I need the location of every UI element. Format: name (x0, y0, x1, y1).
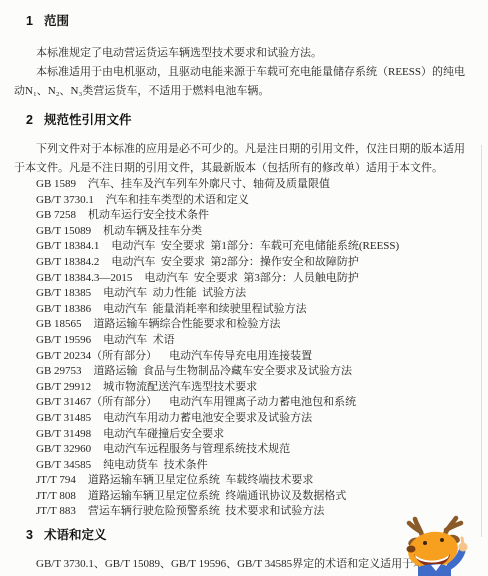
reference-item: GB/T 20234（所有部分）电动汽车传导充电用连接装置 (36, 349, 474, 365)
reference-item: GB/T 31485电动汽车用动力蓄电池安全要求及试验方法 (36, 411, 474, 427)
reference-item: GB/T 18384.2电动汽车 安全要求 第2部分：操作安全和故障防护 (36, 255, 474, 271)
reference-code: GB/T 29912 (36, 381, 91, 393)
reference-item: GB 7258机动车运行安全技术条件 (36, 208, 474, 224)
reference-title: 电动汽车传导充电用连接装置 (169, 350, 312, 362)
section-1-number: 1 (26, 14, 33, 28)
reference-title: 电动汽车 安全要求 第3部分：人员触电防护 (144, 272, 359, 284)
reference-code: GB 29753 (36, 365, 82, 377)
reference-title: 电动汽车 安全要求 第2部分：操作安全和故障防护 (111, 256, 359, 268)
deer-mascot-icon (390, 514, 482, 576)
reference-item: GB/T 32960电动汽车远程服务与管理系统技术规范 (36, 442, 474, 458)
reference-title: 电动汽车远程服务与管理系统技术规范 (103, 443, 290, 455)
references-list: GB 1589汽车、挂车及汽车列车外廓尺寸、轴荷及质量限值 GB/T 3730.… (36, 177, 474, 520)
reference-item: GB/T 31498电动汽车碰撞后安全要求 (36, 427, 474, 443)
reference-title: 电动汽车用动力蓄电池安全要求及试验方法 (103, 412, 312, 424)
reference-code: GB/T 18384.3—2015 (36, 272, 132, 284)
reference-item: JT/T 794道路运输车辆卫星定位系统 车载终端技术要求 (36, 473, 474, 489)
reference-code: GB/T 18386 (36, 303, 91, 315)
reference-code: GB 18565 (36, 318, 82, 330)
reference-item: GB/T 18385电动汽车 动力性能 试验方法 (36, 286, 474, 302)
reference-item: GB/T 34585纯电动货车 技术条件 (36, 458, 474, 474)
reference-code: GB 7258 (36, 209, 76, 221)
reference-code: GB/T 18384.2 (36, 256, 99, 268)
section-1-title: 范围 (44, 14, 69, 28)
reference-title: 纯电动货车 技术条件 (103, 459, 208, 471)
reference-code: JT/T 794 (36, 474, 76, 486)
section-3-number: 3 (26, 528, 33, 542)
reference-code: GB/T 31498 (36, 428, 91, 440)
reference-title: 道路运输车辆综合性能要求和检验方法 (94, 318, 281, 330)
reference-item: GB/T 18386电动汽车 能量消耗率和续驶里程试验方法 (36, 302, 474, 318)
reference-item: GB/T 3730.1汽车和挂车类型的术语和定义 (36, 193, 474, 209)
reference-title: 电动汽车 能量消耗率和续驶里程试验方法 (103, 303, 307, 315)
section-2-heading: 2 规范性引用文件 (26, 113, 474, 127)
reference-title: 道路运输车辆卫星定位系统 终端通讯协议及数据格式 (88, 490, 347, 502)
reference-title: 电动汽车用锂离子动力蓄电池包和系统 (169, 396, 356, 408)
reference-code: GB/T 34585 (36, 459, 91, 471)
reference-item: JT/T 808道路运输车辆卫星定位系统 终端通讯协议及数据格式 (36, 489, 474, 505)
section-3-title: 术语和定义 (44, 528, 107, 542)
reference-code: GB/T 15089 (36, 225, 91, 237)
reference-title: 道路运输 食品与生物制品冷藏车安全要求及试验方法 (94, 365, 353, 377)
reference-title: 城市物流配送汽车选型技术要求 (103, 381, 257, 393)
page-edge-shadow (481, 145, 482, 537)
reference-item: GB/T 19596电动汽车 术语 (36, 333, 474, 349)
reference-item: GB/T 18384.3—2015电动汽车 安全要求 第3部分：人员触电防护 (36, 271, 474, 287)
reference-title: 机动车辆及挂车分类 (103, 225, 202, 237)
references-intro-paragraph: 下列文件对于本标准的应用是必不可少的。凡是注日期的引用文件，仅注日期的版本适用于… (14, 140, 474, 177)
reference-title: 电动汽车 动力性能 试验方法 (103, 287, 246, 299)
reference-item: GB 1589汽车、挂车及汽车列车外廓尺寸、轴荷及质量限值 (36, 177, 474, 193)
reference-code: GB/T 3730.1 (36, 194, 94, 206)
section-1-heading: 1 范围 (26, 14, 474, 28)
reference-item: GB/T 15089机动车辆及挂车分类 (36, 224, 474, 240)
reference-code: GB/T 31485 (36, 412, 91, 424)
reference-code: GB/T 19596 (36, 334, 91, 346)
reference-item: GB 18565道路运输车辆综合性能要求和检验方法 (36, 317, 474, 333)
reference-title: 营运车辆行驶危险预警系统 技术要求和试验方法 (88, 505, 325, 517)
scope-paragraph-1: 本标准规定了电动营运货运车辆选型技术要求和试验方法。 (14, 44, 474, 63)
standard-document-page: 1 范围 本标准规定了电动营运货运车辆选型技术要求和试验方法。 本标准适用于由电… (0, 0, 488, 576)
reference-title: 道路运输车辆卫星定位系统 车载终端技术要求 (88, 474, 314, 486)
reference-title: 电动汽车 安全要求 第1部分：车载可充电储能系统(REESS) (111, 240, 399, 252)
reference-code: JT/T 808 (36, 490, 76, 502)
reference-code: JT/T 883 (36, 505, 76, 517)
reference-item: GB/T 31467（所有部分）电动汽车用锂离子动力蓄电池包和系统 (36, 395, 474, 411)
reference-title: 汽车和挂车类型的术语和定义 (106, 194, 249, 206)
reference-code: GB/T 18385 (36, 287, 91, 299)
section-2-title: 规范性引用文件 (44, 113, 132, 127)
reference-title: 机动车运行安全技术条件 (88, 209, 209, 221)
reference-code: GB/T 18384.1 (36, 240, 99, 252)
reference-item: GB 29753道路运输 食品与生物制品冷藏车安全要求及试验方法 (36, 364, 474, 380)
reference-title: 电动汽车 术语 (103, 334, 175, 346)
reference-item: GB/T 29912城市物流配送汽车选型技术要求 (36, 380, 474, 396)
reference-code: GB/T 31467（所有部分） (36, 396, 157, 408)
reference-item: GB/T 18384.1电动汽车 安全要求 第1部分：车载可充电储能系统(REE… (36, 239, 474, 255)
reference-code: GB/T 32960 (36, 443, 91, 455)
scope-paragraph-2: 本标准适用于由电机驱动，且驱动电能来源于车载可充电能量储存系统（REESS）的纯… (14, 63, 474, 101)
reference-title: 电动汽车碰撞后安全要求 (103, 428, 224, 440)
reference-code: GB/T 20234（所有部分） (36, 350, 157, 362)
reference-title: 汽车、挂车及汽车列车外廓尺寸、轴荷及质量限值 (88, 178, 330, 190)
reference-code: GB 1589 (36, 178, 76, 190)
section-2-number: 2 (26, 113, 33, 127)
